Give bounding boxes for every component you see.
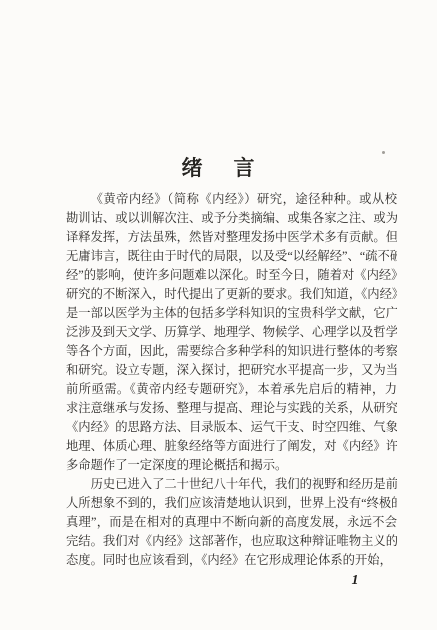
book-page: 绪 言 《黄帝内经》（简称《内经》）研究，途径种种。或从校勘训诂、或以训解次注、… bbox=[0, 0, 437, 630]
text-line: 前所亟需。《黄帝内经专题研究》，本着承先启后的精神，力 bbox=[66, 380, 397, 399]
text-line: 多命题作了一定深度的理论概括和揭示。 bbox=[66, 456, 397, 475]
paragraph-2: 历史已进入了二十世纪八十年代，我们的视野和经历是前人所想象不到的，我们应该清楚地… bbox=[66, 475, 397, 570]
body-text: 《黄帝内经》（简称《内经》）研究，途径种种。或从校勘训诂、或以训解次注、或予分类… bbox=[66, 190, 397, 570]
text-line: 等各个方面，因此，需要综合多种学科的知识进行整体的考察 bbox=[66, 342, 397, 361]
text-line: 完结。我们对《内经》这部著作，也应取这种辩证唯物主义的 bbox=[66, 532, 397, 551]
text-line: 研究的不断深入，时代提出了更新的要求。我们知道，《内经》 bbox=[66, 285, 397, 304]
text-line: 《黄帝内经》（简称《内经》）研究，途径种种。或从校 bbox=[66, 190, 397, 209]
text-line: 态度。同时也应该看到，《内经》在它形成理论体系的开始， bbox=[66, 551, 397, 570]
title-char: 言 bbox=[234, 152, 256, 182]
text-line: 泛涉及到天文学、历算学、地理学、物候学、心理学以及哲学 bbox=[66, 323, 397, 342]
ink-speck bbox=[382, 151, 385, 154]
text-line: 经”的影响，使许多问题难以深化。时至今日，随着对《内经》 bbox=[66, 266, 397, 285]
text-line: 真理”，而是在相对的真理中不断向新的高度发展，永远不会 bbox=[66, 513, 397, 532]
text-line: 地理、体质心理、脏象经络等方面进行了阐发，对《内经》许 bbox=[66, 437, 397, 456]
text-line: 求注意继承与发扬、整理与提高、理论与实践的关系，从研究 bbox=[66, 399, 397, 418]
title-char: 绪 bbox=[182, 152, 204, 182]
page-number: 1 bbox=[347, 573, 363, 589]
page-title: 绪 言 bbox=[0, 152, 437, 182]
text-line: 人所想象不到的，我们应该清楚地认识到，世界上没有“终极的 bbox=[66, 494, 397, 513]
text-line: 是一部以医学为主体的包括多学科知识的宝贵科学文献，它广 bbox=[66, 304, 397, 323]
text-line: 历史已进入了二十世纪八十年代，我们的视野和经历是前 bbox=[66, 475, 397, 494]
text-line: 译释发挥，方法虽殊，然皆对整理发扬中医学术多有贡献。但 bbox=[66, 228, 397, 247]
text-line: 勘训诂、或以训解次注、或予分类摘编、或集各家之注、或为 bbox=[66, 209, 397, 228]
text-line: 和研究。设立专题，深入探讨，把研究水平提高一步，又为当 bbox=[66, 361, 397, 380]
text-line: 《内经》的思路方法、目录版本、运气干支、时空四维、气象 bbox=[66, 418, 397, 437]
text-line: 无庸讳言，既往由于时代的局限，以及受“以经解经”、“疏不破 bbox=[66, 247, 397, 266]
paragraph-1: 《黄帝内经》（简称《内经》）研究，途径种种。或从校勘训诂、或以训解次注、或予分类… bbox=[66, 190, 397, 475]
